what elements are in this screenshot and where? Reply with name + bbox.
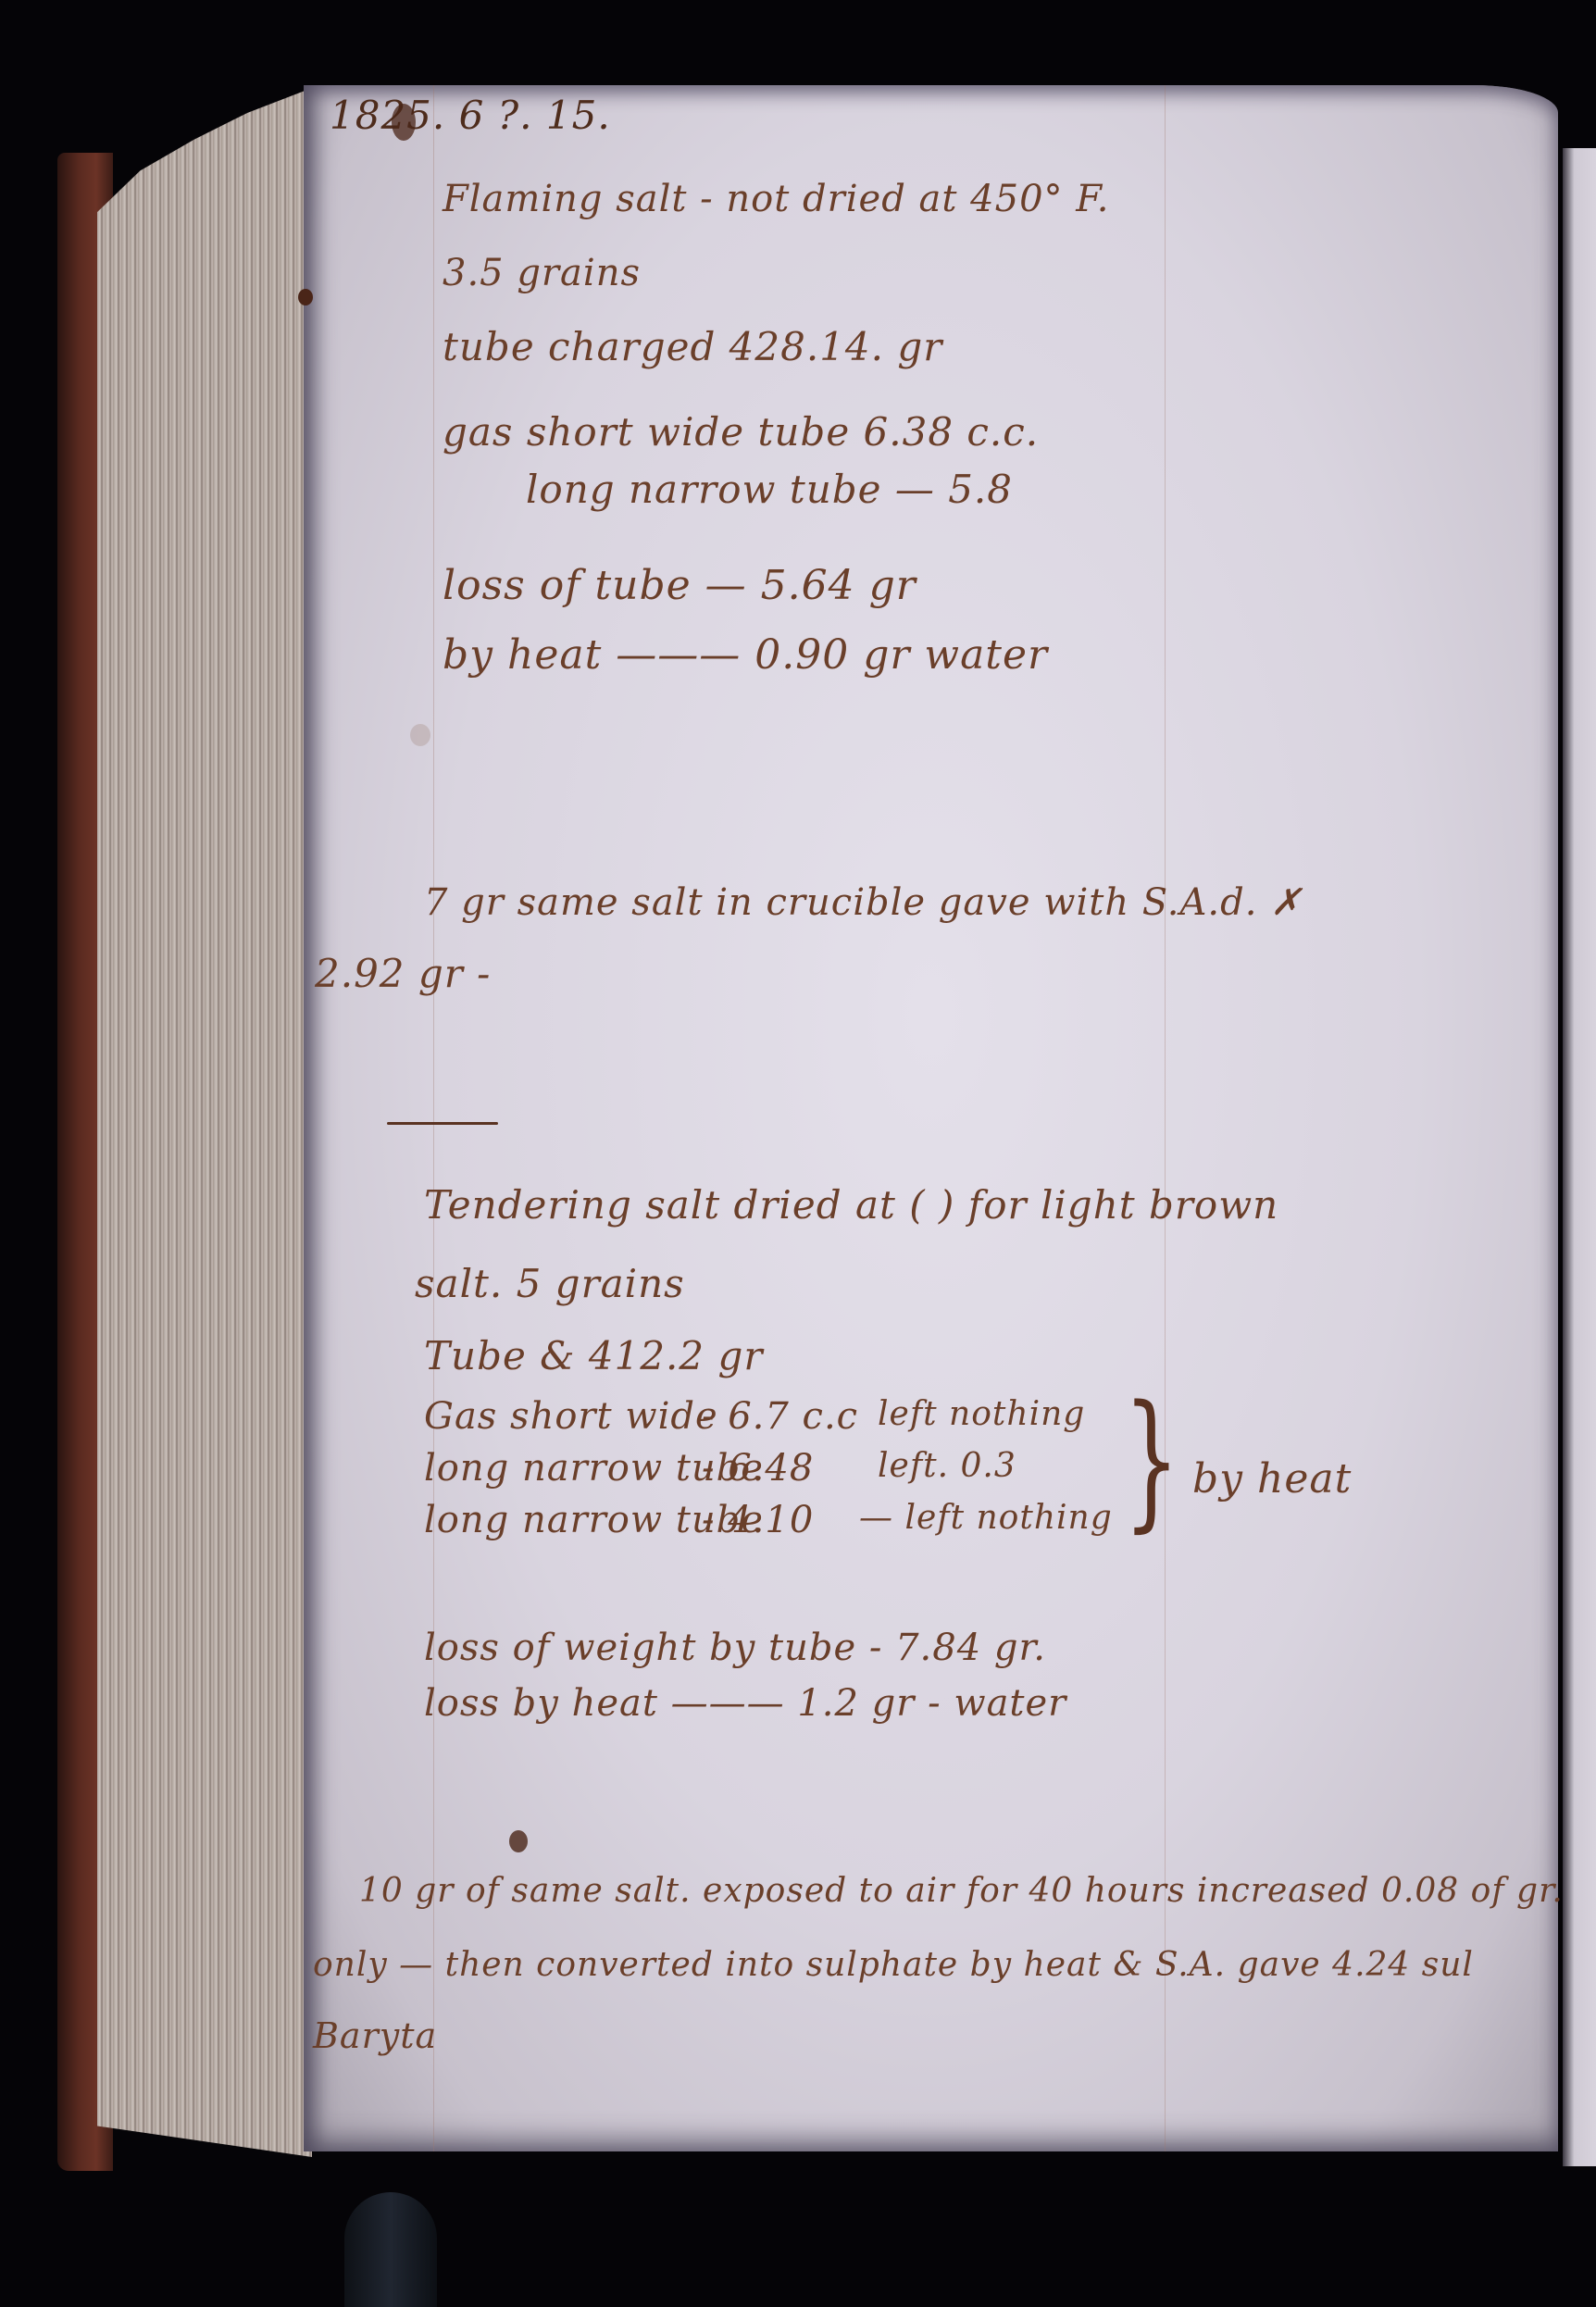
notebook-page: 1825. 6 ?. 15. Flaming salt - not dried … — [304, 85, 1558, 2151]
exp2-title-cont: salt. 5 grains — [415, 1261, 685, 1306]
gas-row-note: left nothing — [878, 1395, 1085, 1433]
ink-drop — [509, 1830, 528, 1852]
ink-spot — [298, 289, 313, 306]
gas-row-value: - 4.10 — [702, 1499, 814, 1541]
gas-row-note: — left nothing — [859, 1499, 1113, 1537]
margin-rule-left — [433, 85, 434, 2151]
thumb-holding-page — [344, 2192, 437, 2307]
exp1-title: Flaming salt - not dried at 450° F. — [443, 178, 1109, 220]
gas-row-value: - 6.48 — [702, 1447, 814, 1490]
exp1-loss-heat: by heat ——— 0.90 gr water — [443, 631, 1048, 679]
note1-line1: 7 gr same salt in crucible gave with S.A… — [424, 881, 1303, 924]
note2-line2: only — then converted into sulphate by h… — [313, 1946, 1474, 1984]
brace-note: by heat — [1192, 1455, 1352, 1503]
gas-row-label: Gas short wide — [424, 1395, 718, 1438]
page-stack-edges — [97, 88, 312, 2157]
margin-rule-center — [1165, 85, 1166, 2151]
exp1-loss-tube: loss of tube — 5.64 gr — [443, 562, 916, 609]
gas-row-value: - 6.7 c.c — [702, 1395, 858, 1438]
gas-row-note: left. 0.3 — [878, 1447, 1016, 1485]
exp2-loss-weight: loss of weight by tube - 7.84 gr. — [424, 1627, 1046, 1669]
stain — [410, 724, 430, 746]
exp1-gas-long-narrow: long narrow tube — 5.8 — [526, 467, 1013, 512]
exp2-title: Tendering salt dried at ( ) for light br… — [424, 1182, 1278, 1228]
note2-line3: Baryta — [313, 2015, 437, 2056]
exp1-gas-short-wide: gas short wide tube 6.38 c.c. — [443, 409, 1039, 455]
ink-blot — [392, 104, 416, 141]
page-date: 1825. 6 ?. 15. — [330, 93, 611, 138]
facing-page-edge — [1563, 148, 1596, 2166]
note2-line1: 10 gr of same salt. exposed to air for 4… — [359, 1872, 1564, 1910]
section-separator — [387, 1122, 498, 1125]
note1-line2: 2.92 gr - — [315, 951, 491, 996]
exp2-tube: Tube & 412.2 gr — [424, 1333, 763, 1378]
exp1-quantity: 3.5 grains — [443, 252, 641, 294]
exp2-loss-heat: loss by heat ——— 1.2 gr - water — [424, 1682, 1066, 1725]
curly-brace: } — [1123, 1386, 1179, 1534]
exp1-tube-charged: tube charged 428.14. gr — [443, 324, 942, 369]
